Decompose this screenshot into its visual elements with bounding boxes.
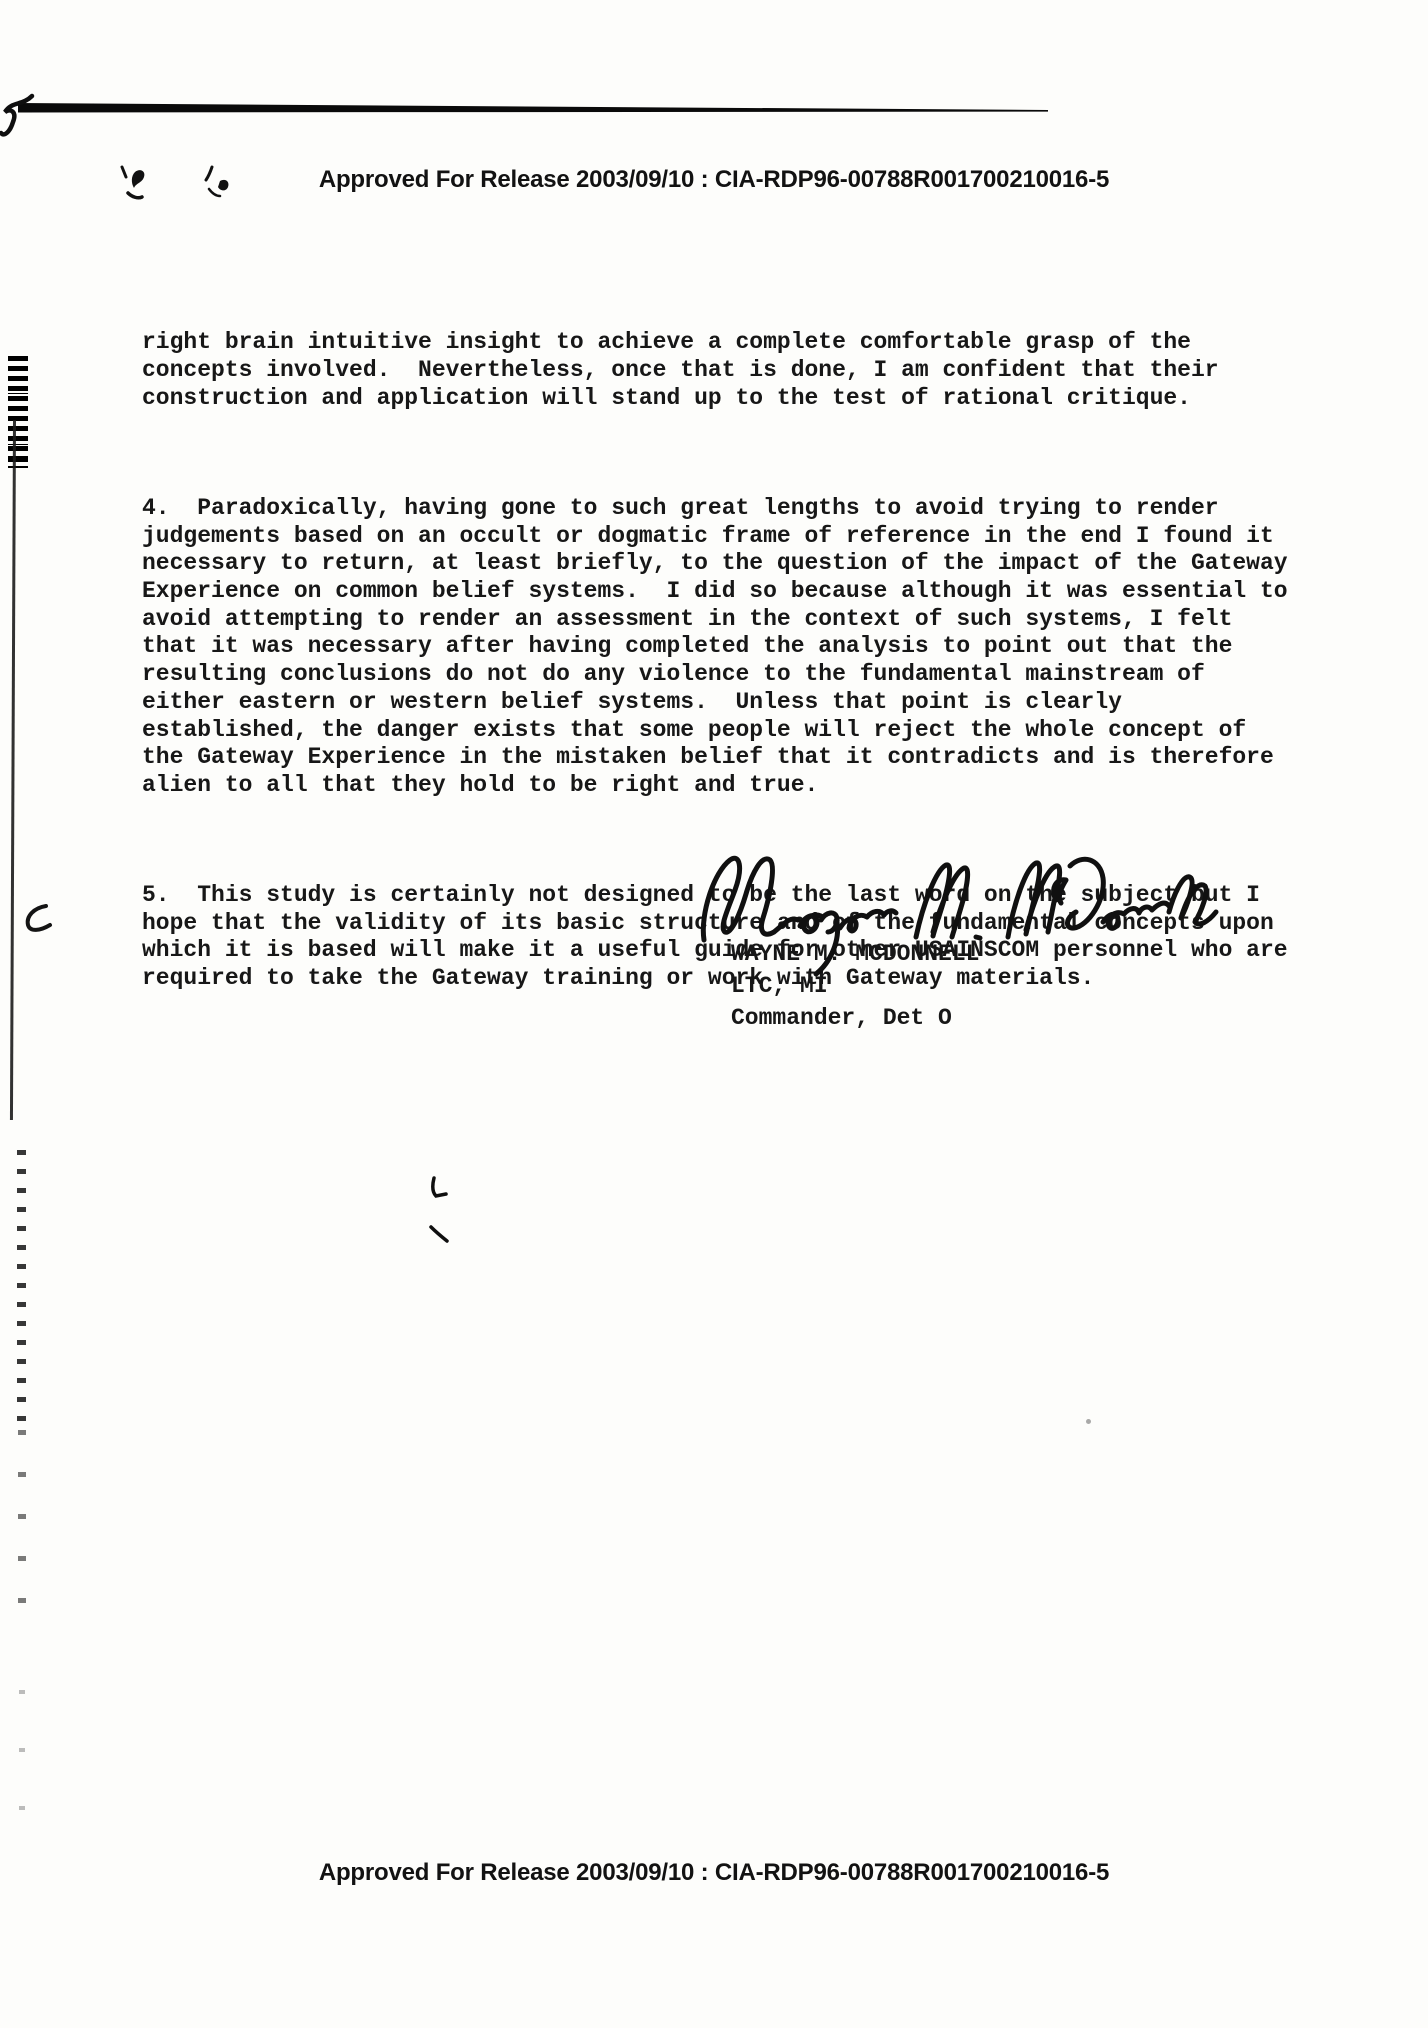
ink-mark-tick xyxy=(424,1176,452,1204)
scan-artifact-edge-dashes-upper xyxy=(17,1150,26,1430)
paragraph-continuation: right brain intuitive insight to achieve… xyxy=(142,329,1288,412)
ink-mark-stroke xyxy=(428,1224,452,1248)
scan-artifact-edge-dashes-lower xyxy=(19,1690,25,1820)
header-release-stamp: Approved For Release 2003/09/10 : CIA-RD… xyxy=(0,166,1428,194)
signatory-name: WAYNE M. MCDONNELL xyxy=(731,941,979,968)
document-page: Approved For Release 2003/09/10 : CIA-RD… xyxy=(0,0,1428,2028)
footer-release-stamp: Approved For Release 2003/09/10 : CIA-RD… xyxy=(0,1859,1428,1887)
scan-artifact-edge-barcode xyxy=(8,356,28,468)
signatory-title: Commander, Det O xyxy=(731,1005,952,1032)
scan-artifact-top-line xyxy=(18,102,1058,118)
paragraph-4: 4. Paradoxically, having gone to such gr… xyxy=(142,495,1288,800)
scan-artifact-hook-mark xyxy=(12,898,56,942)
scan-artifact-edge-dashes-middle xyxy=(18,1430,26,1630)
scan-artifact-edge-line xyxy=(10,420,16,1120)
ink-speck xyxy=(1086,1419,1091,1424)
scan-artifact-corner-mark xyxy=(0,90,36,148)
signatory-rank: LTC, MI xyxy=(731,973,828,1000)
